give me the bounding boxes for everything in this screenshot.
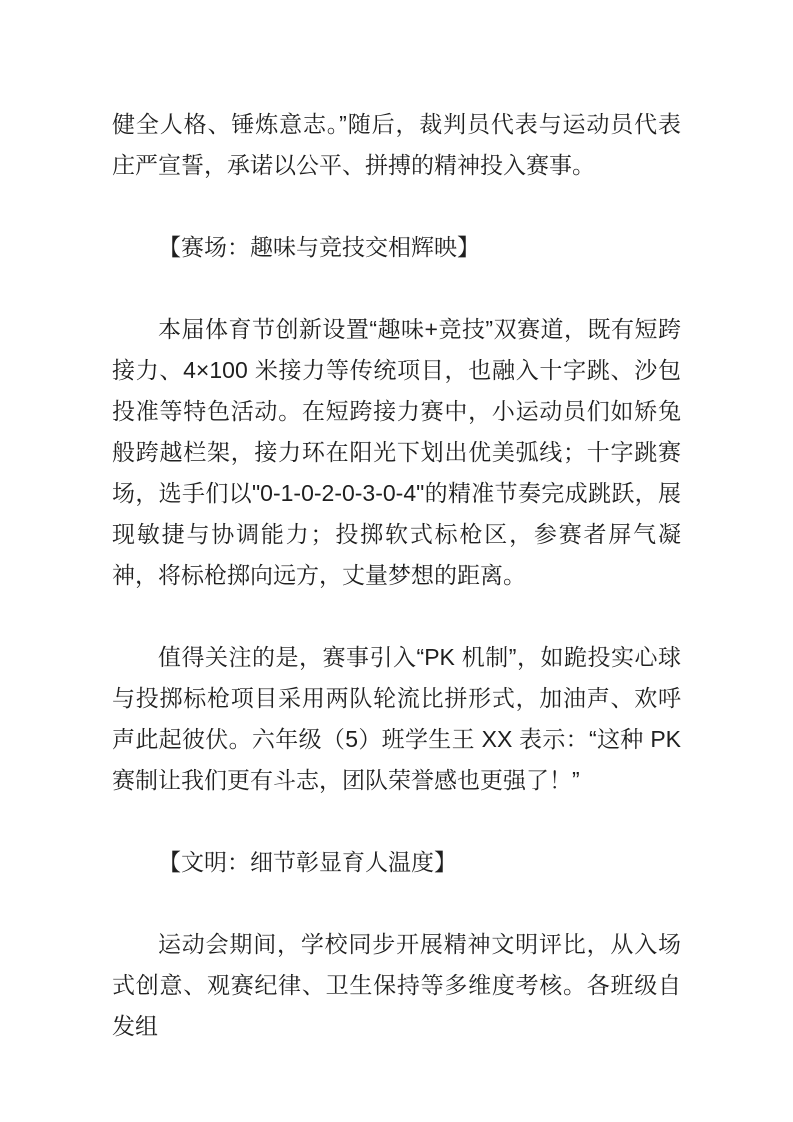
document-body: 健全人格、锤炼意志。”随后，裁判员代表与运动员代表庄严宣誓，承诺以公平、拼搏的精… bbox=[112, 104, 681, 1047]
paragraph-oath-continuation: 健全人格、锤炼意志。”随后，裁判员代表与运动员代表庄严宣誓，承诺以公平、拼搏的精… bbox=[112, 104, 681, 186]
document-page: 健全人格、锤炼意志。”随后，裁判员代表与运动员代表庄严宣誓，承诺以公平、拼搏的精… bbox=[0, 0, 793, 1122]
section-heading-civility: 【文明：细节彰显育人温度】 bbox=[112, 842, 681, 883]
paragraph-events: 本届体育节创新设置“趣味+竞技”双赛道，既有短跨接力、4×100 米接力等传统项… bbox=[112, 309, 681, 596]
paragraph-pk-mechanism: 值得关注的是，赛事引入“PK 机制”，如跪投实心球与投掷标枪项目采用两队轮流比拼… bbox=[112, 637, 681, 801]
paragraph-evaluation: 运动会期间，学校同步开展精神文明评比，从入场式创意、观赛纪律、卫生保持等多维度考… bbox=[112, 924, 681, 1047]
section-heading-arena: 【赛场：趣味与竞技交相辉映】 bbox=[112, 227, 681, 268]
